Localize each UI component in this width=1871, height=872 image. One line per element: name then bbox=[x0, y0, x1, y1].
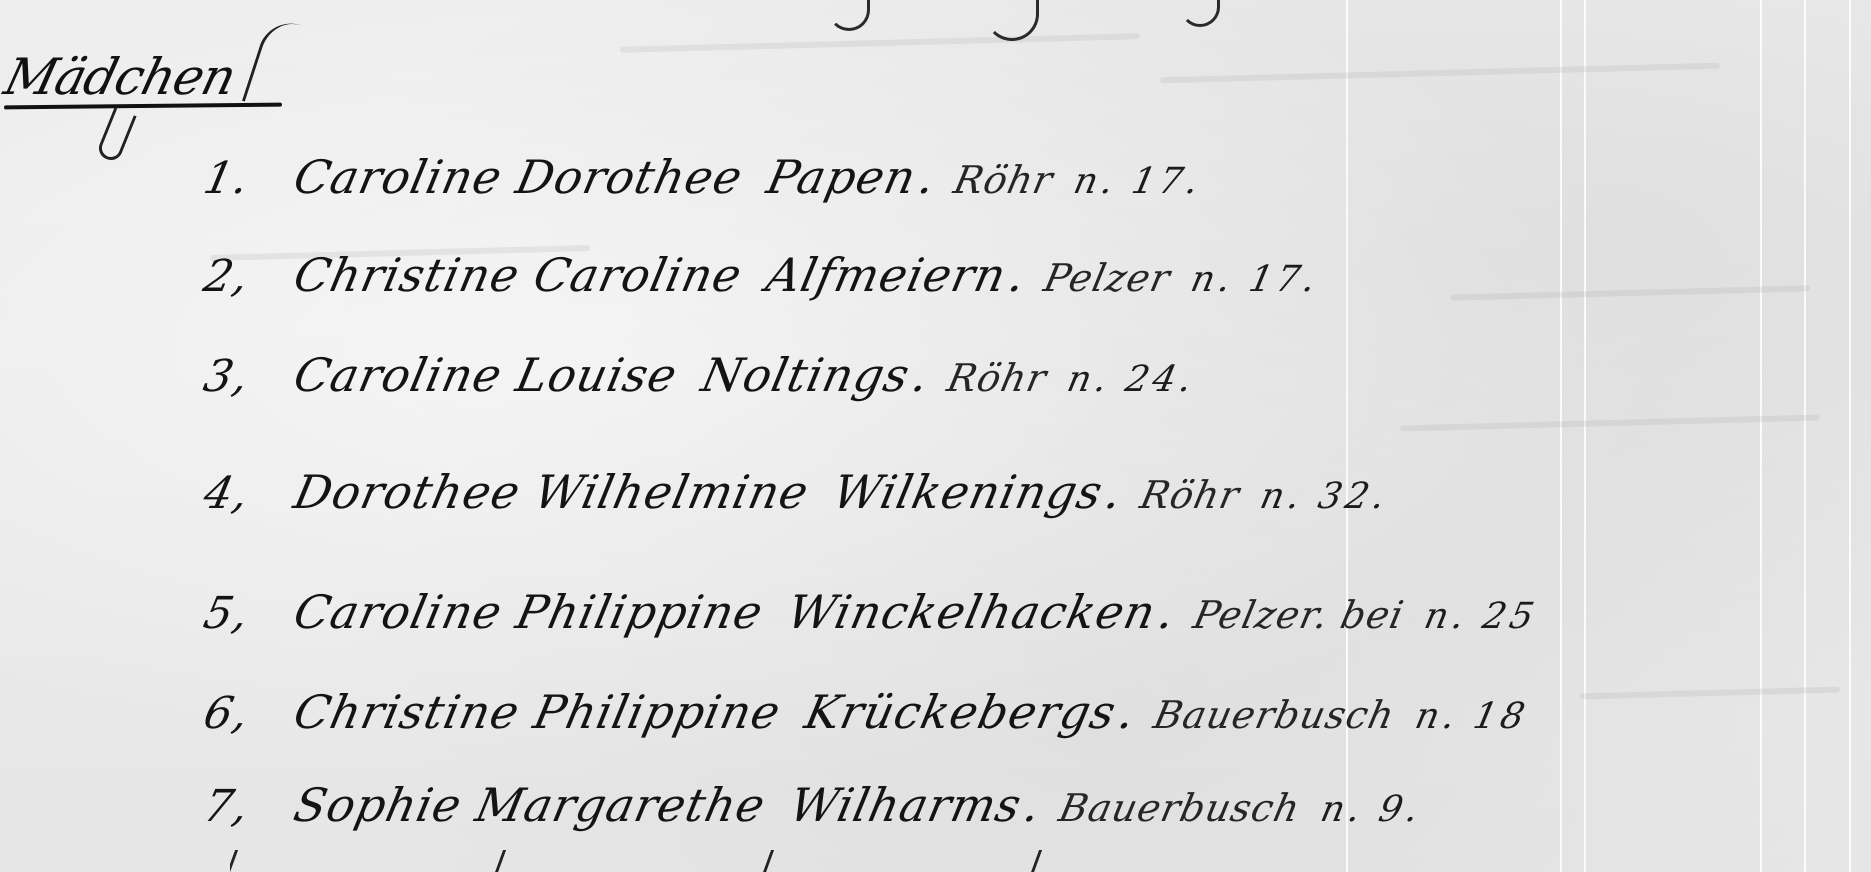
scan-line bbox=[1560, 0, 1562, 872]
entry-given-names: Caroline Louise bbox=[289, 348, 682, 402]
entry-surname: Krückebergs bbox=[800, 685, 1121, 739]
cut-off-ascender bbox=[230, 850, 238, 872]
entry-number: 6, bbox=[199, 688, 300, 739]
entry-given-names: Caroline Philippine bbox=[289, 585, 768, 639]
register-entry: 2, Christine Caroline Alfmeiern . Pelzer… bbox=[199, 248, 1325, 302]
entry-street: Pelzer bbox=[1040, 256, 1175, 300]
scan-line bbox=[1346, 0, 1348, 872]
entry-number: 3, bbox=[199, 351, 300, 402]
entry-given-names: Caroline Dorothee bbox=[289, 150, 747, 204]
bleed-through-mark bbox=[1400, 415, 1820, 432]
cut-off-descender bbox=[1180, 0, 1220, 27]
cut-off-ascender bbox=[761, 850, 774, 872]
entry-surname: Winckelhacken bbox=[783, 585, 1161, 639]
scan-line bbox=[1760, 0, 1762, 872]
entry-street: Bauerbusch bbox=[1150, 693, 1399, 737]
entry-house-number: n. 24. bbox=[1064, 359, 1200, 400]
register-entry: 4, Dorothee Wilhelmine Wilkenings . Röhr… bbox=[199, 465, 1395, 519]
cut-off-ascender bbox=[1029, 850, 1042, 872]
entry-given-names: Dorothee Wilhelmine bbox=[289, 465, 814, 519]
entry-number: 4, bbox=[199, 468, 300, 519]
cut-off-descender bbox=[985, 0, 1039, 41]
entry-surname: Wilharms bbox=[785, 778, 1027, 832]
entry-house-number: n. 32. bbox=[1257, 476, 1393, 517]
entry-surname: Alfmeiern bbox=[762, 248, 1012, 302]
register-entry: 7, Sophie Margarethe Wilharms . Bauerbus… bbox=[199, 778, 1428, 832]
entry-house-number: n. 17. bbox=[1187, 259, 1323, 300]
entry-given-names: Sophie Margarethe bbox=[289, 778, 770, 832]
cut-off-ascender bbox=[493, 850, 506, 872]
heading-descender bbox=[95, 107, 136, 163]
register-entry: 6, Christine Philippine Krückebergs . Ba… bbox=[199, 685, 1534, 739]
entry-street: Pelzer. bei bbox=[1190, 593, 1408, 637]
bleed-through-mark bbox=[1450, 285, 1810, 300]
entry-number: 2, bbox=[199, 251, 300, 302]
section-heading: Mädchen bbox=[0, 48, 241, 106]
register-entry: 5, Caroline Philippine Winckelhacken . P… bbox=[199, 585, 1543, 639]
bleed-through-mark bbox=[1160, 63, 1720, 84]
entry-house-number: n. 18 bbox=[1412, 696, 1533, 737]
entry-number: 5, bbox=[199, 588, 300, 639]
entry-surname: Wilkenings bbox=[828, 465, 1107, 519]
entry-street: Röhr bbox=[943, 356, 1050, 400]
entry-surname: Papen bbox=[762, 150, 921, 204]
entry-street: Bauerbusch bbox=[1055, 786, 1304, 830]
entry-given-names: Christine Philippine bbox=[289, 685, 785, 739]
cut-off-next-entry bbox=[230, 850, 1530, 872]
scan-line bbox=[1804, 0, 1806, 872]
entry-street: Röhr bbox=[1136, 473, 1243, 517]
cut-off-descender bbox=[828, 0, 870, 31]
bleed-through-mark bbox=[620, 33, 1140, 53]
entry-number: 1. bbox=[199, 153, 300, 204]
entry-street: Röhr bbox=[950, 158, 1057, 202]
scanned-document-page: Mädchen 1. Caroline Dorothee Papen . Röh… bbox=[0, 0, 1871, 872]
entry-number: 7, bbox=[199, 781, 300, 832]
entry-house-number: n. 9. bbox=[1317, 789, 1426, 830]
entry-house-number: n. 25 bbox=[1421, 596, 1542, 637]
entry-given-names: Christine Caroline bbox=[289, 248, 747, 302]
register-entry: 3, Caroline Louise Noltings . Röhr n. 24… bbox=[199, 348, 1202, 402]
heading-flourish bbox=[242, 15, 301, 111]
entry-house-number: n. 17. bbox=[1070, 161, 1206, 202]
entry-surname: Noltings bbox=[697, 348, 915, 402]
bleed-through-mark bbox=[1580, 687, 1840, 700]
register-entry: 1. Caroline Dorothee Papen . Röhr n. 17. bbox=[199, 150, 1208, 204]
scan-line bbox=[1849, 0, 1851, 872]
scan-line bbox=[1584, 0, 1586, 872]
